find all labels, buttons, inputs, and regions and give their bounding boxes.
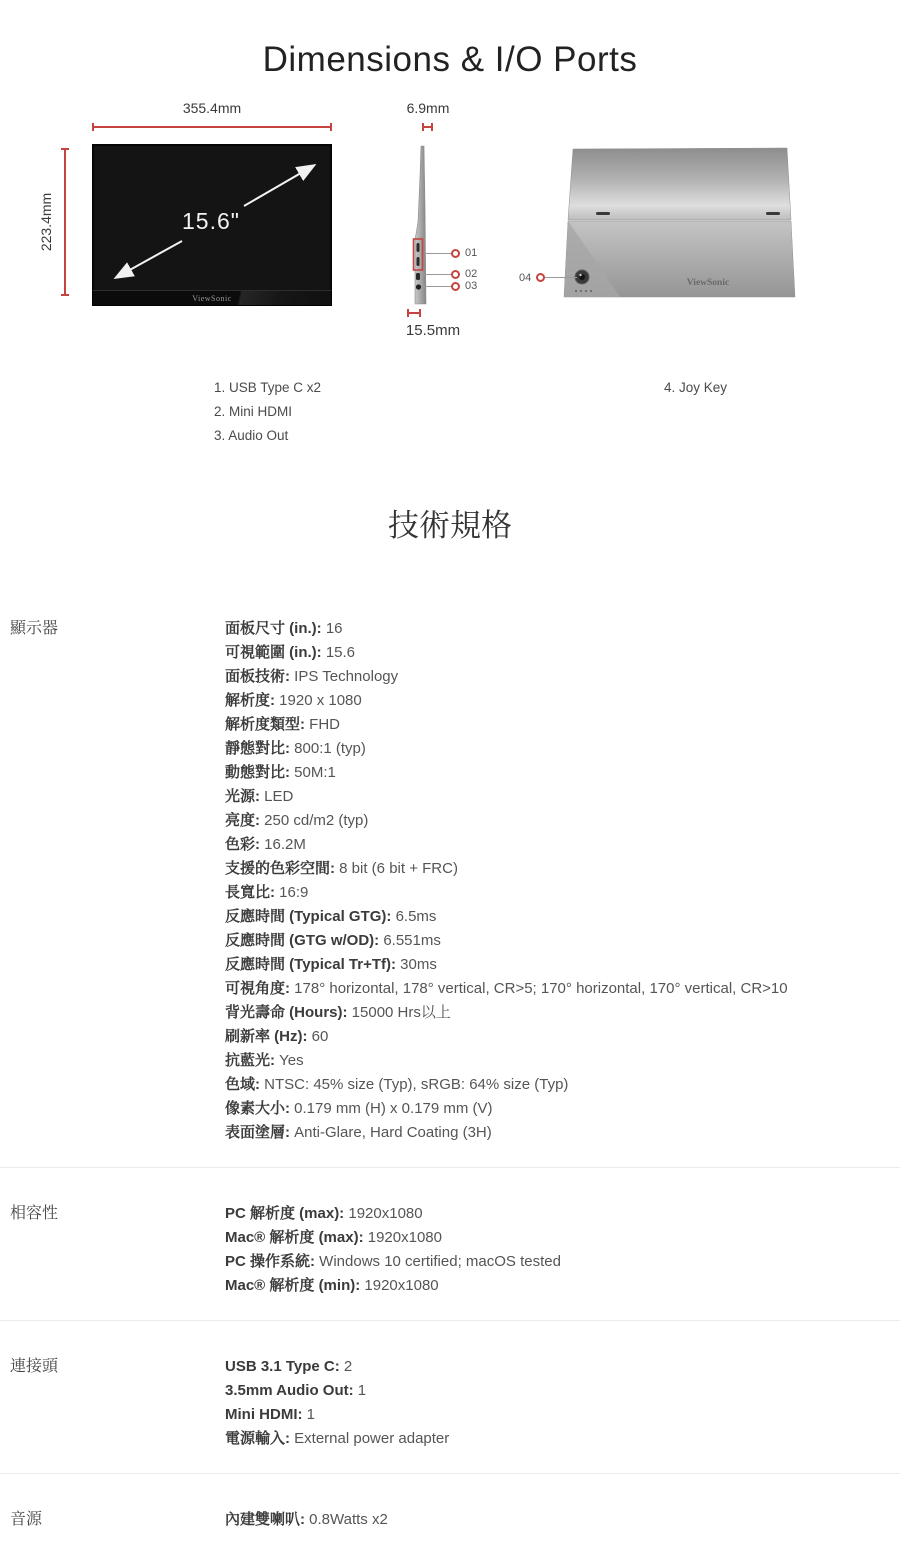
spec-rows: USB 3.1 Type C: 23.5mm Audio Out: 1Mini … — [225, 1355, 900, 1451]
callout-line-1 — [426, 253, 453, 254]
spec-row: 色彩: 16.2M — [225, 833, 890, 857]
spec-label: 解析度: — [225, 692, 275, 709]
spec-label: 光源: — [225, 788, 260, 805]
spec-row: 像素大小: 0.179 mm (H) x 0.179 mm (V) — [225, 1097, 890, 1121]
spec-value: 2 — [340, 1358, 353, 1375]
callout-line-2 — [422, 274, 453, 275]
spec-value: 800:1 (typ) — [290, 740, 366, 757]
spec-value: 6.5ms — [391, 908, 436, 925]
spec-value: 1920x1080 — [364, 1229, 442, 1246]
spec-label: PC 解析度 (max): — [225, 1205, 344, 1222]
spec-row: PC 操作系統: Windows 10 certified; macOS tes… — [225, 1250, 890, 1274]
spec-label: 像素大小: — [225, 1100, 290, 1117]
spec-label: 表面塗層: — [225, 1124, 290, 1141]
spec-label: 長寬比: — [225, 884, 275, 901]
spec-section: 相容性PC 解析度 (max): 1920x1080Mac® 解析度 (max)… — [0, 1167, 900, 1320]
diagonal-size-label: 15.6" — [182, 208, 240, 235]
spec-row: Mac® 解析度 (min): 1920x1080 — [225, 1274, 890, 1298]
spec-label: 解析度類型: — [225, 716, 305, 733]
spec-label: 抗藍光: — [225, 1052, 275, 1069]
spec-value: 30ms — [396, 956, 437, 973]
spec-label: 支援的色彩空間: — [225, 860, 335, 877]
spec-row: 背光壽命 (Hours): 15000 Hrs以上 — [225, 1001, 890, 1025]
spec-label: 刷新率 (Hz): — [225, 1028, 308, 1045]
spec-label: 動態對比: — [225, 764, 290, 781]
side-depth-label: 15.5mm — [395, 322, 471, 339]
spec-row: 電源輸入: External power adapter — [225, 1427, 890, 1451]
spec-label: 反應時間 (Typical GTG): — [225, 908, 391, 925]
port-legend-left: 1. USB Type C x22. Mini HDMI3. Audio Out — [214, 376, 321, 448]
front-height-label: 223.4mm — [38, 193, 54, 251]
spec-value: External power adapter — [290, 1430, 449, 1447]
port-legend-item: 4. Joy Key — [664, 376, 727, 400]
callout-ring-2 — [451, 270, 460, 279]
port-legend-right: 4. Joy Key — [664, 376, 727, 400]
spec-value: 8 bit (6 bit + FRC) — [335, 860, 458, 877]
spec-label: 色域: — [225, 1076, 260, 1093]
spec-section-label: 連接頭 — [0, 1355, 225, 1451]
spec-label: 可視角度: — [225, 980, 290, 997]
spec-section-label: 音源 — [0, 1508, 225, 1532]
port-legend-item: 1. USB Type C x2 — [214, 376, 321, 400]
spec-label: 內建雙喇叭: — [225, 1511, 305, 1528]
spec-row: 抗藍光: Yes — [225, 1049, 890, 1073]
callout-label-1: 01 — [465, 247, 477, 259]
spec-table: 顯示器面板尺寸 (in.): 16可視範圍 (in.): 15.6面板技術: I… — [0, 585, 900, 1554]
spec-label: 可視範圍 (in.): — [225, 644, 322, 661]
product-spec-page: Dimensions & I/O Ports 355.4mm 223.4mm — [0, 40, 900, 1554]
spec-label: Mac® 解析度 (max): — [225, 1229, 364, 1246]
spec-value: 60 — [308, 1028, 329, 1045]
spec-section: 連接頭USB 3.1 Type C: 23.5mm Audio Out: 1Mi… — [0, 1320, 900, 1473]
spec-label: 背光壽命 (Hours): — [225, 1004, 348, 1021]
spec-value: 6.551ms — [379, 932, 441, 949]
spec-row: Mac® 解析度 (max): 1920x1080 — [225, 1226, 890, 1250]
spec-row: 內建雙喇叭: 0.8Watts x2 — [225, 1508, 890, 1532]
viewsonic-logo-back: ViewSonic — [687, 278, 729, 288]
callout-line-3 — [422, 286, 453, 287]
spec-row: 解析度類型: FHD — [225, 713, 890, 737]
spec-value: 15.6 — [322, 644, 355, 661]
spec-row: 3.5mm Audio Out: 1 — [225, 1379, 890, 1403]
spec-value: 178° horizontal, 178° vertical, CR>5; 17… — [290, 980, 788, 997]
spec-value: 16:9 — [275, 884, 308, 901]
spec-value: 1 — [302, 1406, 315, 1423]
port-legend-item: 3. Audio Out — [214, 424, 321, 448]
spec-label: 3.5mm Audio Out: — [225, 1382, 354, 1399]
spec-row: 可視範圍 (in.): 15.6 — [225, 641, 890, 665]
callout-label-4: 04 — [519, 272, 531, 284]
spec-value: 15000 Hrs以上 — [348, 1004, 451, 1021]
spec-value: Anti-Glare, Hard Coating (3H) — [290, 1124, 492, 1141]
front-width-dim-line — [92, 126, 332, 128]
spec-label: Mini HDMI: — [225, 1406, 302, 1423]
spec-rows: 面板尺寸 (in.): 16可視範圍 (in.): 15.6面板技術: IPS … — [225, 617, 900, 1145]
side-thickness-label: 6.9mm — [393, 100, 463, 116]
spec-section: 音源內建雙喇叭: 0.8Watts x2 — [0, 1473, 900, 1554]
spec-label: 色彩: — [225, 836, 260, 853]
spec-row: 光源: LED — [225, 785, 890, 809]
monitor-chin: ViewSonic — [92, 290, 332, 306]
spec-value: Windows 10 certified; macOS tested — [315, 1253, 561, 1270]
spec-row: 長寬比: 16:9 — [225, 881, 890, 905]
viewsonic-logo-front: ViewSonic — [192, 294, 232, 303]
page-title: Dimensions & I/O Ports — [0, 40, 900, 80]
spec-label: 面板技術: — [225, 668, 290, 685]
spec-row: 面板技術: IPS Technology — [225, 665, 890, 689]
callout-line-4 — [545, 277, 577, 278]
spec-section-label: 相容性 — [0, 1202, 225, 1298]
spec-value: NTSC: 45% size (Typ), sRGB: 64% size (Ty… — [260, 1076, 568, 1093]
spec-label: 電源輸入: — [225, 1430, 290, 1447]
spec-section: 顯示器面板尺寸 (in.): 16可視範圍 (in.): 15.6面板技術: I… — [0, 585, 900, 1167]
spec-row: 反應時間 (Typical Tr+Tf): 30ms — [225, 953, 890, 977]
spec-row: 解析度: 1920 x 1080 — [225, 689, 890, 713]
spec-row: 面板尺寸 (in.): 16 — [225, 617, 890, 641]
spec-rows: 內建雙喇叭: 0.8Watts x2 — [225, 1508, 900, 1532]
spec-value: 50M:1 — [290, 764, 336, 781]
spec-label: Mac® 解析度 (min): — [225, 1277, 360, 1294]
spec-value: 0.8Watts x2 — [305, 1511, 388, 1528]
monitor-front-view: 15.6" ViewSonic — [92, 144, 332, 306]
side-depth-dim-line — [407, 312, 421, 314]
callout-label-2: 02 — [465, 268, 477, 280]
callout-label-3: 03 — [465, 280, 477, 292]
spec-row: 動態對比: 50M:1 — [225, 761, 890, 785]
spec-value: LED — [260, 788, 293, 805]
spec-value: 250 cd/m2 (typ) — [260, 812, 368, 829]
spec-value: 1920x1080 — [344, 1205, 422, 1222]
spec-rows: PC 解析度 (max): 1920x1080Mac® 解析度 (max): 1… — [225, 1202, 900, 1298]
spec-value: 0.179 mm (H) x 0.179 mm (V) — [290, 1100, 493, 1117]
spec-row: 靜態對比: 800:1 (typ) — [225, 737, 890, 761]
spec-row: 色域: NTSC: 45% size (Typ), sRGB: 64% size… — [225, 1073, 890, 1097]
monitor-back-view: ViewSonic — [558, 144, 802, 304]
spec-value: Yes — [275, 1052, 304, 1069]
spec-row: 可視角度: 178° horizontal, 178° vertical, CR… — [225, 977, 890, 1001]
spec-value: IPS Technology — [290, 668, 398, 685]
spec-row: PC 解析度 (max): 1920x1080 — [225, 1202, 890, 1226]
spec-label: 反應時間 (GTG w/OD): — [225, 932, 379, 949]
callout-ring-3 — [451, 282, 460, 291]
spec-row: 支援的色彩空間: 8 bit (6 bit + FRC) — [225, 857, 890, 881]
spec-row: USB 3.1 Type C: 2 — [225, 1355, 890, 1379]
port-legend-item: 2. Mini HDMI — [214, 400, 321, 424]
spec-label: 靜態對比: — [225, 740, 290, 757]
spec-value: 1920 x 1080 — [275, 692, 362, 709]
spec-label: 亮度: — [225, 812, 260, 829]
dimensions-diagram: 355.4mm 223.4mm 15.6" — [0, 96, 900, 456]
spec-section-label: 顯示器 — [0, 617, 225, 1145]
spec-label: USB 3.1 Type C: — [225, 1358, 340, 1375]
callout-ring-1 — [451, 249, 460, 258]
monitor-side-view — [410, 144, 440, 308]
callout-ring-4 — [536, 273, 545, 282]
front-width-label: 355.4mm — [92, 100, 332, 116]
spec-value: 16.2M — [260, 836, 306, 853]
spec-row: Mini HDMI: 1 — [225, 1403, 890, 1427]
spec-row: 反應時間 (Typical GTG): 6.5ms — [225, 905, 890, 929]
spec-row: 刷新率 (Hz): 60 — [225, 1025, 890, 1049]
spec-row: 反應時間 (GTG w/OD): 6.551ms — [225, 929, 890, 953]
spec-value: 16 — [322, 620, 343, 637]
spec-value: FHD — [305, 716, 340, 733]
spec-value: 1920x1080 — [360, 1277, 438, 1294]
spec-label: PC 操作系統: — [225, 1253, 315, 1270]
side-thickness-dim-line — [422, 126, 433, 128]
monitor-screen: 15.6" — [92, 144, 332, 290]
spec-label: 面板尺寸 (in.): — [225, 620, 322, 637]
spec-value: 1 — [354, 1382, 367, 1399]
specs-title: 技術規格 — [0, 500, 900, 545]
spec-label: 反應時間 (Typical Tr+Tf): — [225, 956, 396, 973]
spec-row: 亮度: 250 cd/m2 (typ) — [225, 809, 890, 833]
spec-row: 表面塗層: Anti-Glare, Hard Coating (3H) — [225, 1121, 890, 1145]
